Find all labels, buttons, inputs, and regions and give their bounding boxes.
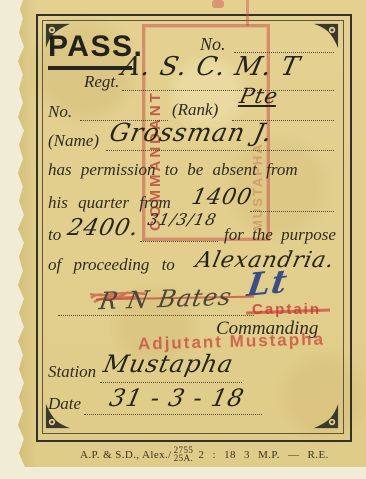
to-time-handwriting: 2400.: [65, 215, 141, 241]
scanned-pass-document: COMMANDANT MUSTAPHA PASS. No. Regt. A. S…: [0, 0, 366, 479]
corner-ornament-icon: [313, 403, 339, 429]
regt-label: Regt.: [84, 72, 119, 92]
name-value-handwriting: Grossman J.: [107, 118, 275, 147]
purpose-line: for the purpose: [224, 225, 336, 245]
station-line: [100, 382, 242, 383]
rank-label: (Rank): [172, 100, 218, 120]
to-date-line: [140, 241, 218, 242]
to-label: to: [48, 225, 61, 245]
date-value-handwriting: 31 - 3 - 18: [107, 384, 247, 412]
printer-imprint: A.P. & S.D., Alex./275525A. 2 : 18 3 M.P…: [80, 446, 352, 462]
name-label: (Name): [48, 131, 99, 151]
signature-handwriting: R N Bates: [97, 283, 234, 316]
red-smudge: [212, 0, 224, 8]
regt-line: [122, 90, 334, 91]
printer-prefix: A.P. & S.D., Alex./: [80, 449, 172, 461]
from-time-handwriting: 1400: [189, 185, 254, 210]
stamp-edge-mark: [246, 0, 249, 26]
rank-value-handwriting: Pte: [237, 84, 280, 108]
signature-line: [58, 315, 254, 316]
date-line: [84, 414, 262, 415]
rank-written-handwriting: Lt: [245, 262, 291, 304]
printer-suffix: 2 : 18 3 M.P. — R.E.: [198, 449, 328, 461]
printer-ref-bottom: 25A.: [174, 454, 194, 462]
from-time-line: [250, 211, 334, 212]
station-label: Station: [48, 362, 96, 382]
regt-value-handwriting: A. S. C. M. T: [119, 52, 303, 82]
station-value-handwriting: Mustapha: [101, 350, 236, 378]
corner-ornament-icon: [313, 23, 339, 49]
permission-line: has permission to be absent from: [48, 160, 298, 180]
pass-title-rule: [48, 66, 132, 70]
serial-no-label: No.: [48, 102, 72, 122]
name-line: [106, 150, 334, 151]
date-label: Date: [48, 394, 81, 414]
proceeding-line: of proceeding to: [48, 255, 175, 275]
printer-ref-fraction: 275525A.: [174, 446, 194, 462]
to-date-handwriting: 31/3/18: [146, 210, 219, 229]
